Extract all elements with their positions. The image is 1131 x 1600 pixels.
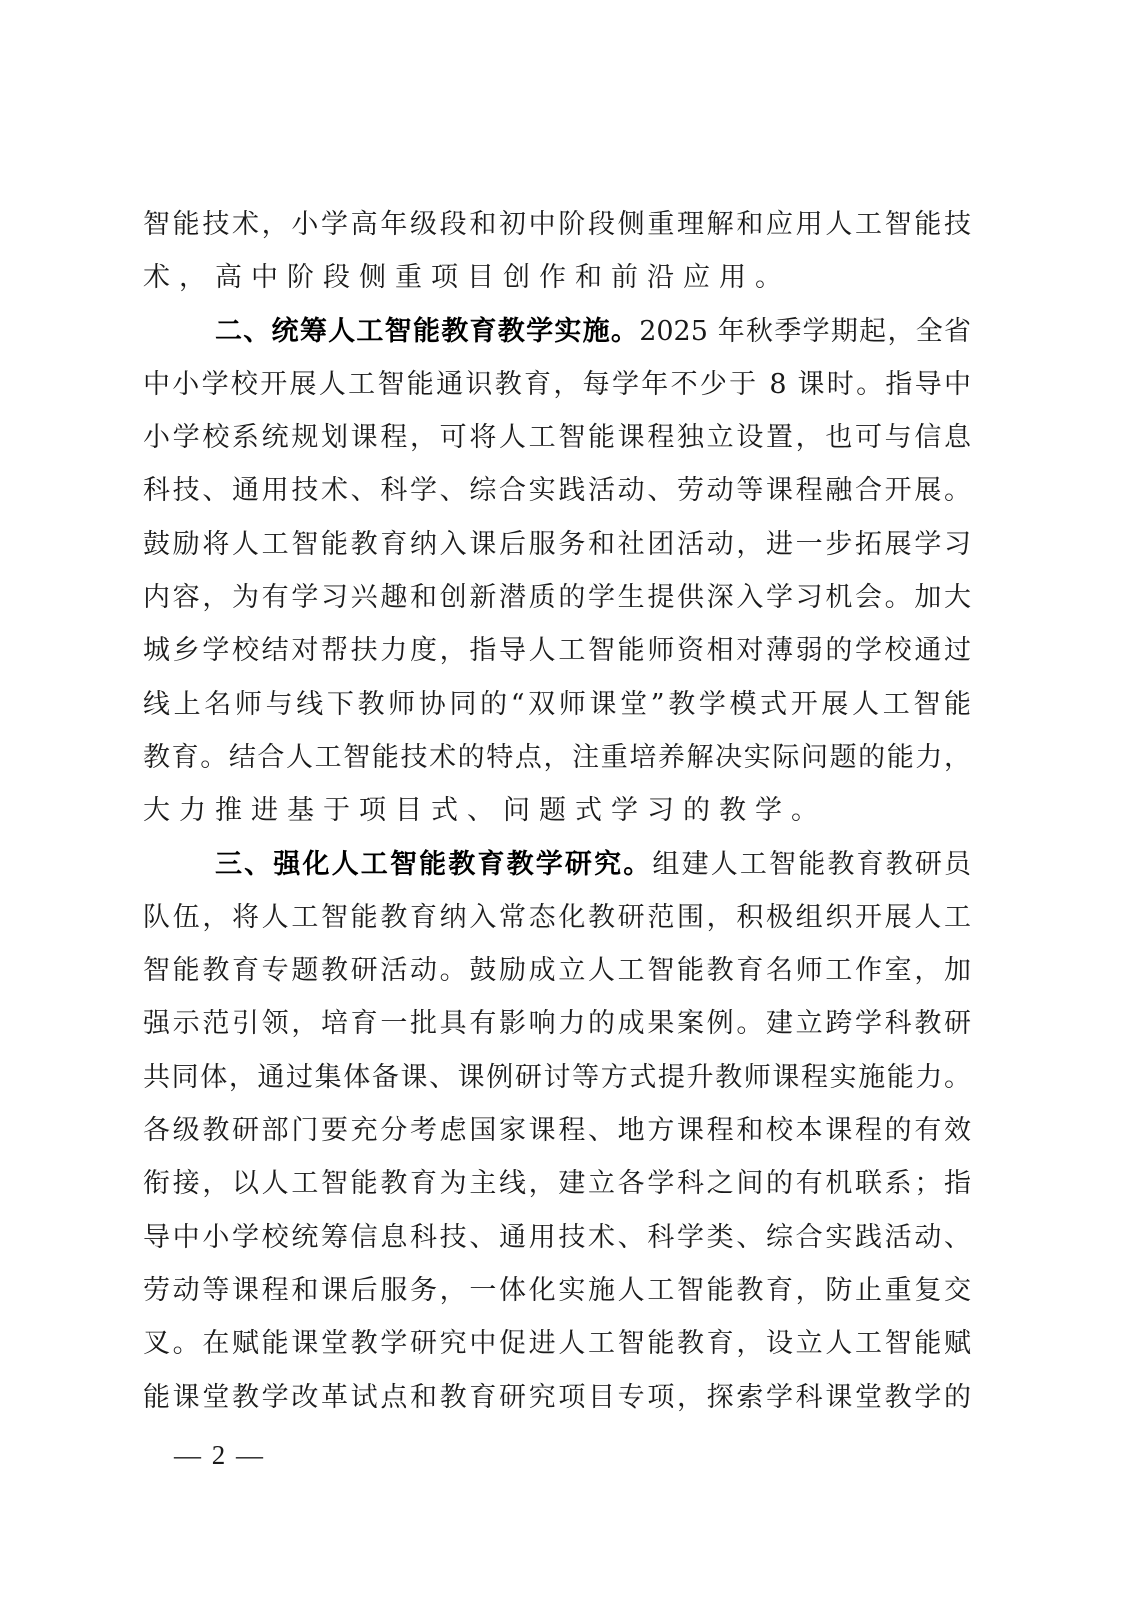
text-line: 术，高中阶段侧重项目创作和前沿应用。 <box>143 251 971 304</box>
text-line: 城乡学校结对帮扶力度，指导人工智能师资相对薄弱的学校通过 <box>143 624 971 677</box>
text-line: 中小学校开展人工智能通识教育，每学年不少于 8 课时。指导中 <box>143 358 971 411</box>
text-line: 智能教育专题教研活动。鼓励成立人工智能教育名师工作室，加 <box>143 944 971 997</box>
text-line: 科技、通用技术、科学、综合实践活动、劳动等课程融合开展。 <box>143 464 971 517</box>
section-heading: 三、强化人工智能教育教学研究。 <box>215 849 652 880</box>
text-line: 各级教研部门要充分考虑国家课程、地方课程和校本课程的有效 <box>143 1104 971 1157</box>
text-line: 劳动等课程和课后服务，一体化实施人工智能教育，防止重复交 <box>143 1264 971 1317</box>
text-line: 队伍，将人工智能教育纳入常态化教研范围，积极组织开展人工 <box>143 891 971 944</box>
text-line: 教育。结合人工智能技术的特点，注重培养解决实际问题的能力， <box>143 731 971 784</box>
section-3-first-line: 三、强化人工智能教育教学研究。组建人工智能教育教研员 <box>143 838 971 891</box>
text-run: 2025 年秋季学期起，全省 <box>639 316 971 347</box>
text-line: 智能技术，小学高年级段和初中阶段侧重理解和应用人工智能技 <box>143 198 971 251</box>
page-number: — 2 — <box>174 1440 265 1471</box>
body-text: 智能技术，小学高年级段和初中阶段侧重理解和应用人工智能技 术，高中阶段侧重项目创… <box>143 198 971 1424</box>
text-line: 衔接，以人工智能教育为主线，建立各学科之间的有机联系；指 <box>143 1157 971 1210</box>
text-line: 导中小学校统筹信息科技、通用技术、科学类、综合实践活动、 <box>143 1211 971 1264</box>
text-line: 强示范引领，培育一批具有影响力的成果案例。建立跨学科教研 <box>143 997 971 1050</box>
text-line: 内容，为有学习兴趣和创新潜质的学生提供深入学习机会。加大 <box>143 571 971 624</box>
text-line: 小学校系统规划课程，可将人工智能课程独立设置，也可与信息 <box>143 411 971 464</box>
text-line: 共同体，通过集体备课、课例研讨等方式提升教师课程实施能力。 <box>143 1051 971 1104</box>
section-2-first-line: 二、统筹人工智能教育教学实施。2025 年秋季学期起，全省 <box>143 305 971 358</box>
text-line: 鼓励将人工智能教育纳入课后服务和社团活动，进一步拓展学习 <box>143 518 971 571</box>
text-line: 叉。在赋能课堂教学研究中促进人工智能教育，设立人工智能赋 <box>143 1317 971 1370</box>
text-line: 大力推进基于项目式、问题式学习的教学。 <box>143 784 971 837</box>
section-heading: 二、统筹人工智能教育教学实施。 <box>215 316 639 347</box>
text-line: 线上名师与线下教师协同的“双师课堂”教学模式开展人工智能 <box>143 678 971 731</box>
text-line: 能课堂教学改革试点和教育研究项目专项，探索学科课堂教学的 <box>143 1371 971 1424</box>
document-page: 智能技术，小学高年级段和初中阶段侧重理解和应用人工智能技 术，高中阶段侧重项目创… <box>0 0 1131 1600</box>
text-run: 组建人工智能教育教研员 <box>652 849 971 880</box>
